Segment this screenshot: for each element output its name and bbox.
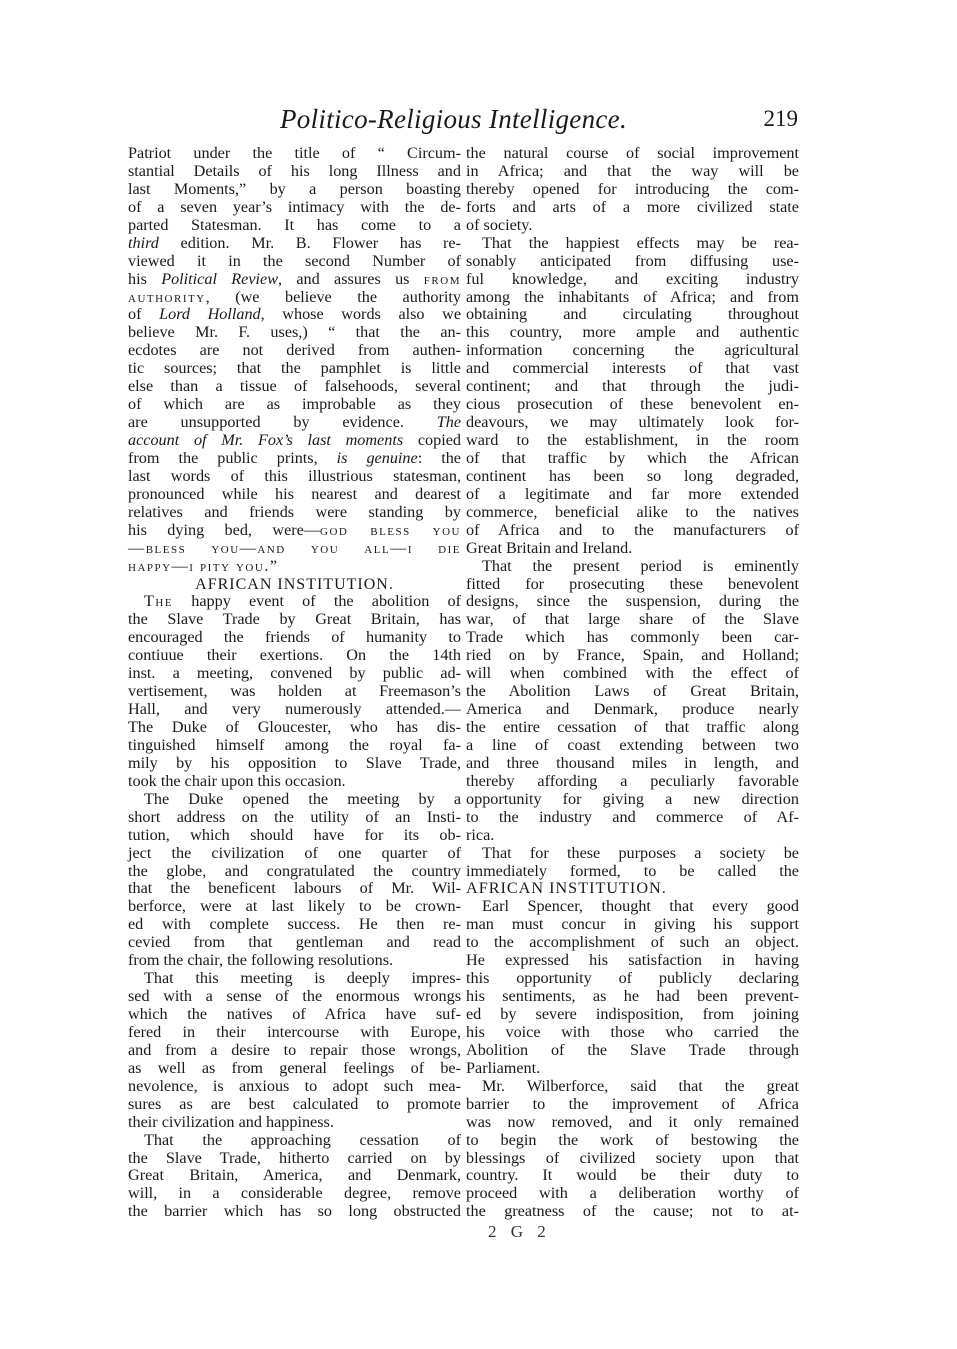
- signature-mark: 2 G 2: [488, 1222, 551, 1242]
- text-line: blessings of civilized society upon that: [466, 1150, 799, 1168]
- text-line: Patriot under the title of “ Circum-: [128, 145, 461, 163]
- text-line: ward to the establishment, in the room: [466, 432, 799, 450]
- text-line: of society.: [466, 217, 799, 235]
- text-line: sures as are best calculated to promote: [128, 1096, 461, 1114]
- text-line: of a seven year’s intimacy with the de-: [128, 199, 461, 217]
- text-line: fitted for prosecuting these benevolent: [466, 576, 799, 594]
- text-line: to begin the work of bestowing the: [466, 1132, 799, 1150]
- text-line: pronounced while his nearest and dearest: [128, 486, 461, 504]
- text-line: tinguished himself among the royal fa-: [128, 737, 461, 755]
- text-line: the barrier which has so long obstructed: [128, 1203, 461, 1221]
- text-line: else than a tissue of falsehoods, severa…: [128, 378, 461, 396]
- text-line: nevolence, is anxious to adopt such mea-: [128, 1078, 461, 1096]
- text-line: to the industry and commerce of Af-: [466, 809, 799, 827]
- text-line: mily by his opposition to Slave Trade,: [128, 755, 461, 773]
- text-line: cious prosecution of these benevolent en…: [466, 396, 799, 414]
- text-line: the Abolition Laws of Great Britain,: [466, 683, 799, 701]
- right-column: the natural course of social improvement…: [466, 145, 799, 1221]
- text-line: That the approaching cessation of: [128, 1132, 461, 1150]
- text-line: from the public prints, is genuine: the: [128, 450, 461, 468]
- text-line: was now removed, and it only remained: [466, 1114, 799, 1132]
- text-line: parted Statesman. It has come to a: [128, 217, 461, 235]
- text-line: of which are as improbable as they: [128, 396, 461, 414]
- text-line: designs, since the suspension, during th…: [466, 593, 799, 611]
- text-line: commerce, beneficial alike to the native…: [466, 504, 799, 522]
- text-line: a line of coast extending between two: [466, 737, 799, 755]
- text-line: his sentiments, as he had been prevent-: [466, 988, 799, 1006]
- text-line: and commercial interests of that vast: [466, 360, 799, 378]
- text-line: will when combined with the effect of: [466, 665, 799, 683]
- page-number: 219: [764, 106, 799, 132]
- running-head: Politico-Religious Intelligence. 219: [130, 104, 798, 138]
- text-line: authority, (we believe the authority: [128, 289, 461, 307]
- text-line: account of Mr. Fox’s last moments copied: [128, 432, 461, 450]
- text-line: Great Britain and Ireland.: [466, 540, 799, 558]
- text-line: last words of this illustrious statesman…: [128, 468, 461, 486]
- text-line: ful knowledge, and exciting industry: [466, 271, 799, 289]
- text-line: sonably anticipated from diffusing use-: [466, 253, 799, 271]
- text-line: of that traffic by which the African: [466, 450, 799, 468]
- text-line: that the beneficent labours of Mr. Wil-: [128, 880, 461, 898]
- text-line: relatives and friends were standing by: [128, 504, 461, 522]
- text-line: the entire cessation of that traffic alo…: [466, 719, 799, 737]
- text-line: his Political Review, and assures us fro…: [128, 271, 461, 289]
- text-line: tution, which should have for its ob-: [128, 827, 461, 845]
- text-line: cevied from that gentleman and read: [128, 934, 461, 952]
- text-line: The Duke opened the meeting by a: [128, 791, 461, 809]
- text-line: ed by severe indisposition, from joining: [466, 1006, 799, 1024]
- text-line: of a legitimate and far more extended: [466, 486, 799, 504]
- text-line: short address on the utility of an Insti…: [128, 809, 461, 827]
- text-line: ried on by France, Spain, and Holland;: [466, 647, 799, 665]
- text-line: of Africa and to the manufacturers of: [466, 522, 799, 540]
- text-line: contiuue their exertions. On the 14th: [128, 647, 461, 665]
- text-line: obtaining and circulating throughout: [466, 306, 799, 324]
- text-line: will, in a considerable degree, remove: [128, 1185, 461, 1203]
- text-line: which the natives of Africa have suf-: [128, 1006, 461, 1024]
- text-line: He expressed his satisfaction in having: [466, 952, 799, 970]
- text-line: deavours, we may ultimately look for-: [466, 414, 799, 432]
- text-line: continent; and that through the judi-: [466, 378, 799, 396]
- text-line: thereby opened for introducing the com-: [466, 181, 799, 199]
- text-line: sed with a sense of the enormous wrongs: [128, 988, 461, 1006]
- text-line: last Moments,” by a person boasting: [128, 181, 461, 199]
- text-line: the Slave Trade, hitherto carried on by: [128, 1150, 461, 1168]
- text-line: believe Mr. F. uses,) “ that the an-: [128, 324, 461, 342]
- text-line: berforce, were at last likely to be crow…: [128, 898, 461, 916]
- text-line: and three thousand miles in length, and: [466, 755, 799, 773]
- text-line: viewed it in the second Number of: [128, 253, 461, 271]
- text-line: man must concur in giving his support: [466, 916, 799, 934]
- text-line: rica.: [466, 827, 799, 845]
- text-line: third edition. Mr. B. Flower has re-: [128, 235, 461, 253]
- text-line: in Africa; and that the way will be: [466, 163, 799, 181]
- text-line: Hall, and very numerously attended.—: [128, 701, 461, 719]
- text-line: Great Britain, America, and Denmark,: [128, 1167, 461, 1185]
- text-line: vertisement, was holden at Freemason’s: [128, 683, 461, 701]
- text-line: ecdotes are not derived from authen-: [128, 342, 461, 360]
- text-line: Earl Spencer, thought that every good: [466, 898, 799, 916]
- left-column: Patriot under the title of “ Circum-stan…: [128, 145, 461, 1221]
- text-line: inst. a meeting, convened by public ad-: [128, 665, 461, 683]
- text-line: the globe, and congratulated the country: [128, 863, 461, 881]
- text-line: forts and arts of a more civilized state: [466, 199, 799, 217]
- text-line: —bless you—and you all—i die: [128, 540, 461, 558]
- running-title: Politico-Religious Intelligence.: [280, 104, 627, 135]
- text-line: The happy event of the abolition of: [128, 593, 461, 611]
- text-line: of Lord Holland, whose words also we: [128, 306, 461, 324]
- text-line: this country, more ample and authentic: [466, 324, 799, 342]
- text-line: Parliament.: [466, 1060, 799, 1078]
- text-line: the Slave Trade by Great Britain, has: [128, 611, 461, 629]
- text-line: Mr. Wilberforce, said that the great: [466, 1078, 799, 1096]
- text-line: The Duke of Gloucester, who has dis-: [128, 719, 461, 737]
- text-line: as well as from general feelings of be-: [128, 1060, 461, 1078]
- text-line: are unsupported by evidence. The: [128, 414, 461, 432]
- text-line: his dying bed, were—god bless you: [128, 522, 461, 540]
- document-page: Politico-Religious Intelligence. 219 Pat…: [0, 0, 957, 1349]
- text-line: war, of that large share of the Slave: [466, 611, 799, 629]
- text-line: information concerning the agricultural: [466, 342, 799, 360]
- text-line: immediately formed, to be called the: [466, 863, 799, 881]
- text-line: his voice with those who carried the: [466, 1024, 799, 1042]
- text-line: opportunity for giving a new direction: [466, 791, 799, 809]
- text-line: their civilization and happiness.: [128, 1114, 461, 1132]
- text-line: That for these purposes a society be: [466, 845, 799, 863]
- text-line: That this meeting is deeply impres-: [128, 970, 461, 988]
- text-line: the greatness of the cause; not to at-: [466, 1203, 799, 1221]
- text-line: among the inhabitants of Africa; and fro…: [466, 289, 799, 307]
- text-line: encouraged the friends of humanity to: [128, 629, 461, 647]
- text-line: fered in their intercourse with Europe,: [128, 1024, 461, 1042]
- text-line: the natural course of social improvement: [466, 145, 799, 163]
- text-line: stantial Details of his long Illness and: [128, 163, 461, 181]
- text-line: happy—i pity you.”: [128, 558, 461, 576]
- section-heading: AFRICAN INSTITUTION.: [128, 576, 461, 594]
- text-line: from the chair, the following resolution…: [128, 952, 461, 970]
- text-line: ed with complete success. He then re-: [128, 916, 461, 934]
- text-line: thereby affording a peculiarly favorable: [466, 773, 799, 791]
- text-line: tic sources; that the pamphlet is little: [128, 360, 461, 378]
- text-line: That the present period is eminently: [466, 558, 799, 576]
- text-line: America and Denmark, produce nearly: [466, 701, 799, 719]
- text-line: ject the civilization of one quarter of: [128, 845, 461, 863]
- text-line: Abolition of the Slave Trade through: [466, 1042, 799, 1060]
- text-line: and from a desire to repair those wrongs…: [128, 1042, 461, 1060]
- text-line: barrier to the improvement of Africa: [466, 1096, 799, 1114]
- text-line: took the chair upon this occasion.: [128, 773, 461, 791]
- text-line: to the accomplishment of such an object.: [466, 934, 799, 952]
- text-line: Trade which has commonly been car-: [466, 629, 799, 647]
- text-line: country. It would be their duty to: [466, 1167, 799, 1185]
- text-line: continent has been so long degraded,: [466, 468, 799, 486]
- text-line: That the happiest effects may be rea-: [466, 235, 799, 253]
- text-line: proceed with a deliberation worthy of: [466, 1185, 799, 1203]
- text-line: AFRICAN INSTITUTION.: [466, 880, 799, 898]
- text-line: this opportunity of publicly declaring: [466, 970, 799, 988]
